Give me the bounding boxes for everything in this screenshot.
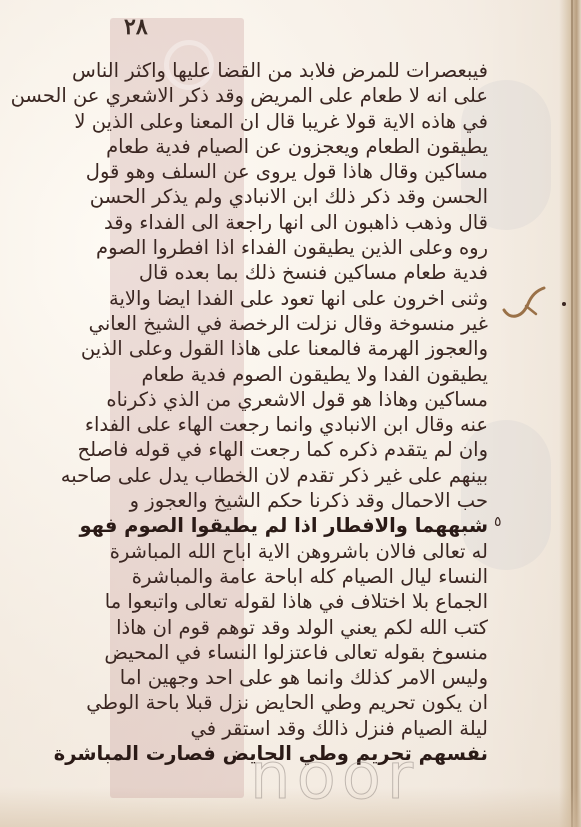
text-line: بينهم على غير ذكر تقدم لان الخطاب يدل عل…: [10, 463, 488, 488]
text-line: منسوخ بقوله تعالى فاعتزلوا النساء في الم…: [10, 640, 488, 665]
text-line: وليس الامر كذلك وانما هو على احد وجهين ا…: [10, 665, 488, 690]
text-line: الحسن وقد ذكر ذلك ابن الانبادي ولم يذكر …: [10, 184, 488, 209]
page-binding-line: [571, 0, 573, 827]
text-line: حب الاحمال وقد ذكرنا حكم الشيخ والعجوز و: [10, 488, 488, 513]
margin-dot: [562, 302, 566, 306]
noor-watermark: noor: [250, 740, 419, 814]
text-line: الجماع بلا اختلاف في هاذا لقوله تعالى وا…: [10, 589, 488, 614]
text-line: يطيقون الطعام ويعجزون عن الصيام فدية طعا…: [10, 134, 488, 159]
text-line: فدية طعام مساكين فنسخ ذلك بما بعده قال: [10, 260, 488, 285]
text-line: النساء ليال الصيام كله اباحة عامة والمبا…: [10, 564, 488, 589]
text-line: في هاذه الاية قولا غريبا قال ان المعنا و…: [10, 109, 488, 134]
manuscript-page: ٢٨ فيبعصرات للمرض فلابد من القضا عليها و…: [0, 0, 581, 827]
text-line: روه وعلى الذين يطيقون الفداء اذا افطروا …: [10, 235, 488, 260]
text-line: ليلة الصيام فنزل ذالك وقد استقر في: [10, 716, 488, 741]
text-line: عنه وقال ابن الانبادي وانما رجعت الهاء ع…: [10, 412, 488, 437]
text-line: مساكين وقال هاذا قول يروى عن السلف وهو ق…: [10, 159, 488, 184]
manuscript-text: فيبعصرات للمرض فلابد من القضا عليها واكث…: [10, 58, 488, 766]
text-line: مساكين وهاذا هو قول الاشعري من الذي ذكرن…: [10, 387, 488, 412]
page-edge-shadow: [559, 0, 581, 827]
text-line: فيبعصرات للمرض فلابد من القضا عليها واكث…: [10, 58, 488, 83]
text-line: له تعالى فالان باشروهن الاية اباح الله ا…: [10, 539, 488, 564]
text-line: يطيقون الفدا ولا يطيقون الصوم فدية طعام: [10, 362, 488, 387]
marginal-flourish-icon: [500, 280, 550, 330]
text-line: والعجوز الهرمة فالمعنا على هاذا القول وع…: [10, 336, 488, 361]
text-line: وان لم يتقدم ذكره كما رجعت الهاء في قوله…: [10, 437, 488, 462]
text-line: قال وذهب ذاهبون الى انها راجعة الى الفدا…: [10, 210, 488, 235]
text-line: شبههما والافطار اذا لم يطيقوا الصوم فهو: [10, 513, 488, 538]
text-line: على انه لا طعام على المريض وقد ذكر الاشع…: [10, 83, 488, 108]
margin-note-marker: ٥: [494, 514, 502, 530]
page-number: ٢٨: [124, 14, 148, 40]
text-line: وثنى اخرون على انها تعود على الفدا ايضا …: [10, 286, 488, 311]
text-line: غير منسوخة وقال نزلت الرخصة في الشيخ الع…: [10, 311, 488, 336]
text-line: كتب الله لكم يعني الولد وقد توهم قوم ان …: [10, 615, 488, 640]
text-line: ان يكون تحريم وطي الحايض نزل قبلا باحة ا…: [10, 690, 488, 715]
